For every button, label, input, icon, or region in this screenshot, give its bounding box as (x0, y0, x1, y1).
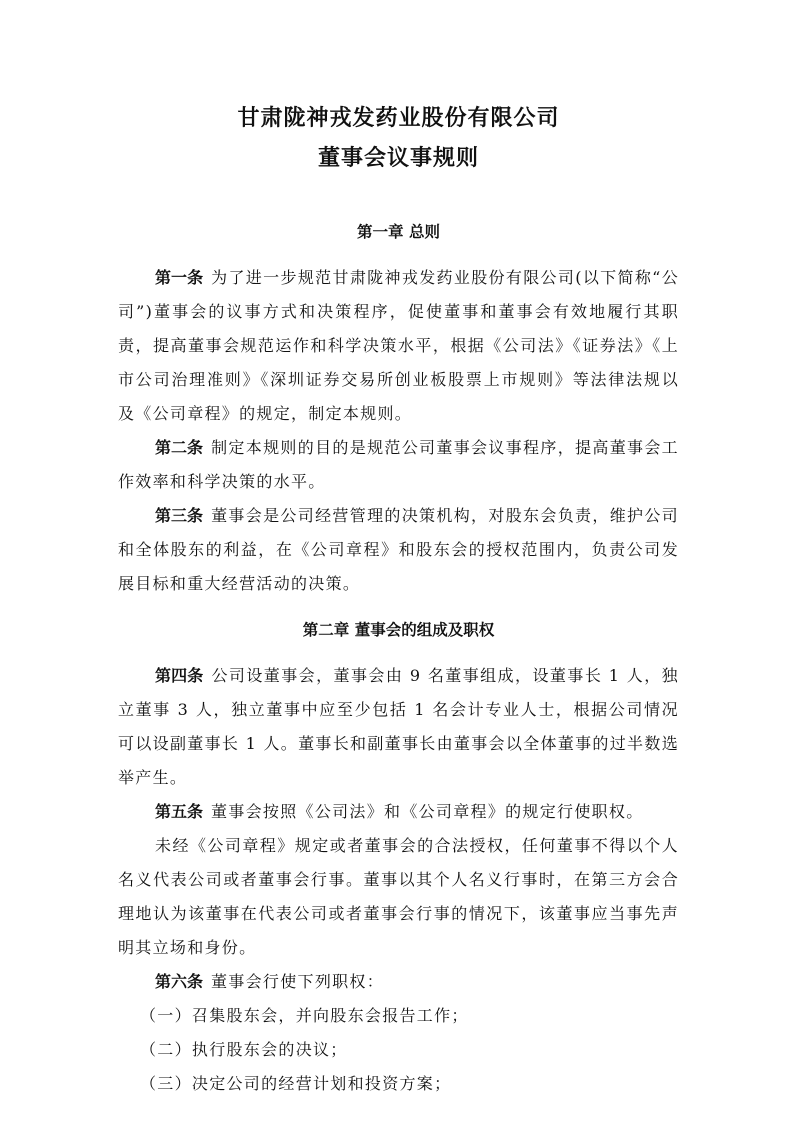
article-label: 第三条 (155, 506, 203, 525)
article-text: 未经《公司章程》规定或者董事会的合法授权，任何董事不得以个人名义代表公司或者董事… (118, 836, 679, 957)
power-item-2: （二）执行股东会的决议； (118, 1033, 679, 1067)
chapter-heading: 第一章 总则 (118, 215, 679, 249)
chapter-heading: 第二章 董事会的组成及职权 (118, 613, 679, 647)
article-label: 第二条 (155, 438, 203, 457)
chapter-1: 第一章 总则 第一条为了进一步规范甘肃陇神戎发药业股份有限公司(以下简称“公司”… (118, 215, 679, 601)
article-label: 第六条 (155, 972, 203, 991)
article-6: 第六条董事会行使下列职权： (118, 965, 679, 999)
article-text: 为了进一步规范甘肃陇神戎发药业股份有限公司(以下简称“公司”)董事会的议事方式和… (118, 268, 679, 423)
article-5: 第五条董事会按照《公司法》和《公司章程》的规定行使职权。 (118, 795, 679, 829)
article-2: 第二条制定本规则的目的是规范公司董事会议事程序，提高董事会工作效率和科学决策的水… (118, 431, 679, 499)
power-item-1: （一）召集股东会，并向股东会报告工作； (118, 999, 679, 1033)
document-title-rules: 董事会议事规则 (118, 140, 679, 178)
article-4: 第四条公司设董事会，董事会由 9 名董事组成，设董事长 1 人，独立董事 3 人… (118, 659, 679, 795)
article-label: 第五条 (155, 802, 203, 821)
article-text: 董事会行使下列职权： (211, 972, 384, 991)
document-title-company: 甘肃陇神戎发药业股份有限公司 (118, 100, 679, 138)
power-item-3: （三）决定公司的经营计划和投资方案； (118, 1067, 679, 1101)
page-content: 甘肃陇神戎发药业股份有限公司 董事会议事规则 第一章 总则 第一条为了进一步规范… (118, 100, 679, 1101)
article-3: 第三条董事会是公司经营管理的决策机构，对股东会负责，维护公司和全体股东的利益，在… (118, 499, 679, 601)
article-5-continued: 未经《公司章程》规定或者董事会的合法授权，任何董事不得以个人名义代表公司或者董事… (118, 829, 679, 965)
article-label: 第一条 (155, 268, 203, 287)
chapter-2: 第二章 董事会的组成及职权 第四条公司设董事会，董事会由 9 名董事组成，设董事… (118, 613, 679, 1101)
article-text: 董事会按照《公司法》和《公司章程》的规定行使职权。 (211, 802, 644, 821)
article-1: 第一条为了进一步规范甘肃陇神戎发药业股份有限公司(以下简称“公司”)董事会的议事… (118, 261, 679, 431)
document-page: 甘肃陇神戎发药业股份有限公司 董事会议事规则 第一章 总则 第一条为了进一步规范… (0, 0, 794, 1122)
article-label: 第四条 (155, 666, 203, 685)
